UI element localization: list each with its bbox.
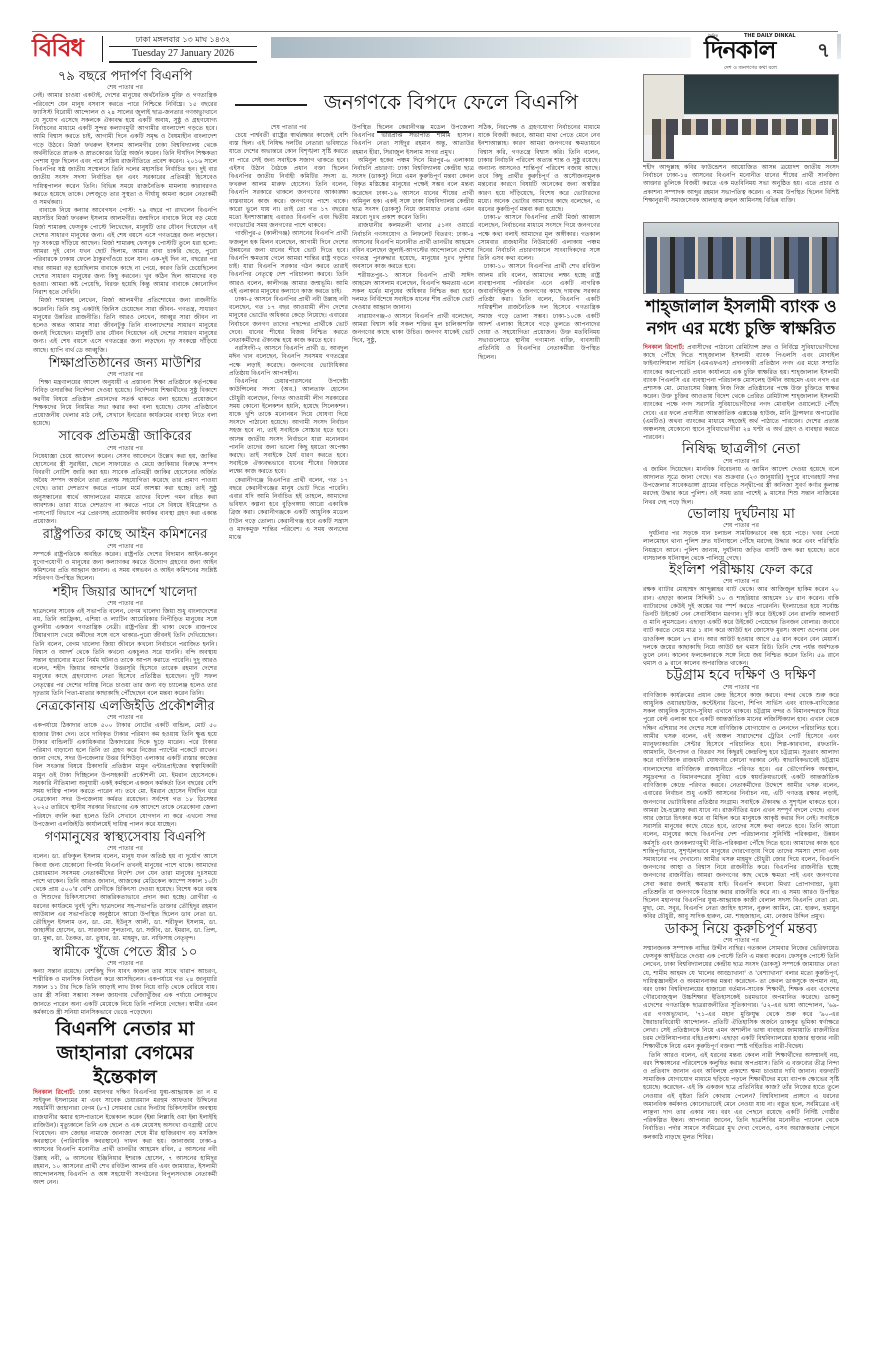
paragraph: শিক্ষা মন্ত্রণালয়ের আদেশ অনুযায়ী এ প্র… <box>33 379 217 428</box>
right-column: দিনকাল রিপোর্ট: প্রবাসীদের পাঠানো রেমিট্… <box>643 344 839 1142</box>
paragraph: নিষেধাজ্ঞা চেয়ে আবেদন করেন। সেসব আবেদনে… <box>33 453 217 527</box>
article-ducsu: ডাকসু নিয়ে কুরুচিপূর্ণ মন্তব্য শেষ পাতা… <box>643 922 839 1142</box>
meeting-photo <box>643 74 839 162</box>
byline: দিনকাল রিপোর্ট: <box>643 344 684 351</box>
photo-caption: শহীদ আব্দুল্লাহ কবির ফাউন্ডেশন আয়োজিত আ… <box>643 164 839 205</box>
paper-name: দিনকাল <box>704 38 775 62</box>
continued-label: শেষ পাতার পর <box>229 124 348 132</box>
article-president-law: রাষ্ট্রপতির কাছে আইন কমিশনের শেষ পাতার প… <box>33 528 217 583</box>
page-number-bar <box>837 34 841 59</box>
headline: শাহ্জালাল ইসলামী ব্যাংক ও নগদ এর মধ্যে চ… <box>643 296 839 340</box>
article-chhatraleague: নিষিদ্ধ ছাত্রলীগ নেতা শেষ পাতার পর এ জাম… <box>643 442 839 506</box>
photo-table <box>684 279 794 294</box>
paragraph: বলেন। ডা. রফিকুল ইসলাম বলেন, মানুষ যখন অ… <box>33 853 217 943</box>
article-mausheer: শিক্ষাপ্রতিষ্ঠানের জন্য মাউশির শেষ পাতার… <box>33 357 217 429</box>
article-netrokona: নেত্রকোনায় এলজিইডি প্রকৌশলীর শেষ পাতার … <box>33 700 217 829</box>
paragraph: রক্ষক ব্যাটার মোহাম্মদ আব্দুল্লাহর ব্যাট… <box>643 586 839 668</box>
paragraph: কন্যা সন্তান রয়েছে। বেশকিছু দিন যাবৎ কা… <box>33 968 217 1017</box>
article-zakir: সাবেক প্রতিমন্ত্রী জাকিরের শেষ পাতার পর … <box>33 430 217 526</box>
headline: গণমানুষের স্বাস্থ্যসেবায় বিএনপি <box>33 831 217 845</box>
paragraph: সম্মানজনক সম্পাদক নাছির উদ্দীন নাছির। গত… <box>643 945 839 1052</box>
headline: স্বামীকে খুঁজে পেতে স্ত্রীর ১০ <box>33 946 217 960</box>
headline: নিষিদ্ধ ছাত্রলীগ নেতা <box>643 442 839 457</box>
paragraph: ঢাকা-৫ আসনে বিএনপির প্রার্থী নবী উল্লাহ … <box>229 296 348 345</box>
continued-label: শেষ পাতার পর <box>643 684 839 692</box>
paragraph: বাবাকে নিয়ে কন্যার আবেগঘন পোস্ট: ৭৯ বছর… <box>33 207 217 297</box>
paragraph: নারায়ণগঞ্জ-৩ আসনে বিএনপি প্রার্থী বলেছে… <box>352 313 474 346</box>
headline: রাষ্ট্রপতির কাছে আইন কমিশনের <box>33 528 217 542</box>
headline: ৭৯ বছরে পদার্পণ বিএনপি <box>33 70 217 84</box>
headline: ইংলিশ পরীক্ষায় ফেল করে <box>643 563 839 578</box>
continued-label: শেষ পাতার পর <box>33 371 217 379</box>
lead-headline: জনগণকে বিপদে ফেলে বিএনপি <box>312 88 590 121</box>
headline: বিএনপি নেতার মা জাহানারা বেগমের ইন্তেকাল <box>33 1017 217 1089</box>
paragraph: নেই। আমার চাওয়া একটাই, দেশের মানুষের অর… <box>33 92 217 207</box>
paragraph: রাজধানীর কলমতলী থানার ৫১নং ওয়ার্ডে নির্… <box>352 222 474 271</box>
paragraph: কেরানীগঞ্জে বিএনপির প্রার্থী বলেন, গত ১৭… <box>229 477 348 543</box>
paragraph: এ জামিন দিয়েছেন। মানবিক বিবেচনায় এ জাম… <box>643 466 839 507</box>
paragraph: তিনি আরও বলেন, এই ধরনের মন্তব্য কেবল নার… <box>643 1052 839 1142</box>
headline: শহীদ জিয়ার আদর্শে খালেদা <box>33 586 217 600</box>
date-bengali: ঢাকা মঙ্গলবার ১৩ মাঘ ১৪৩২ <box>109 35 257 47</box>
paragraph: দিনকাল রিপোর্ট: প্রবাসীদের পাঠানো রেমিট্… <box>643 344 839 442</box>
article-jahanara: বিএনপি নেতার মা জাহানারা বেগমের ইন্তেকাল… <box>33 1017 217 1187</box>
paragraph-text: ঢাকা মহানগর দক্ষিণ বিএনপির যুগ্ম-আহ্বায়… <box>33 1089 217 1186</box>
paragraph: গাজীপুর-৫ (কালীগঞ্জ) আসনের বিএনপি প্রার্… <box>229 230 348 296</box>
paragraph: উপস্থিত ছিলেন কেরানীগঞ্জ মডেল উপজেলা বিএ… <box>352 124 474 157</box>
paragraph: নরসিংদী-২ আসনে বিএনপি প্রার্থী ড. আবদুল … <box>229 345 348 378</box>
paragraph: সঠিক, নিরপেক্ষ ও গ্রহণযোগ্য নির্বাচনের ম… <box>478 124 600 214</box>
paragraph: একপর্যায়ে ঠিকাদার তাকে ৫০০ টাকার নোটের … <box>33 722 217 829</box>
bank-headline: শাহ্জালাল ইসলামী ব্যাংক ও নগদ এর মধ্যে চ… <box>643 296 839 340</box>
article-bhola: ভোলায় দুর্ঘটনায় মা শেষ পাতার পর দুর্ঘট… <box>643 507 839 563</box>
headline: শিক্ষাপ্রতিষ্ঠানের জন্য মাউশির <box>33 357 217 371</box>
article-husband: স্বামীকে খুঁজে পেতে স্ত্রীর ১০ শেষ পাতার… <box>33 946 217 1018</box>
continued-label: শেষ পাতার পর <box>643 458 839 466</box>
article-zia-ideal: শহীদ জিয়ার আদর্শে খালেদা শেষ পাতার পর ছ… <box>33 586 217 699</box>
headline-rule-left <box>235 104 307 106</box>
article-chattogram: চট্টগ্রাম হবে দক্ষিণ ও দক্ষিণ শেষ পাতার … <box>643 668 839 921</box>
issue-date: ঢাকা মঙ্গলবার ১৩ মাঘ ১৪৩২ Tuesday 27 Jan… <box>109 35 257 63</box>
lead-column-3: সঠিক, নিরপেক্ষ ও গ্রহণযোগ্য নির্বাচনের ম… <box>478 124 600 362</box>
headline: চট্টগ্রাম হবে দক্ষিণ ও দক্ষিণ <box>643 668 839 683</box>
headline: সাবেক প্রতিমন্ত্রী জাকিরের <box>33 430 217 444</box>
paragraph: সম্পর্কে রাষ্ট্রপতিকে অবহিত করেন। রাষ্ট্… <box>33 551 217 584</box>
headline: ভোলায় দুর্ঘটনায় মা <box>643 507 839 522</box>
paragraph: মির্জা শামারুহ লেখেন, মির্জা আলমগীর প্রত… <box>33 297 217 354</box>
photo-table <box>674 135 834 162</box>
paragraph: ঢাকা-১০ আসনে বিএনপির প্রার্থী শেখ রবিউল … <box>478 263 600 361</box>
page-number: ৭ <box>817 36 830 69</box>
paragraph: অমিনুল হকের পঞ্চম দিনে মিরপুর-৬ এলাকায় … <box>352 157 474 223</box>
lead-column-1: শেষ পাতার পর চেয়ে পার্শ্ববর্তী রাষ্ট্রে… <box>229 124 348 542</box>
headline: নেত্রকোনায় এলজিইডি প্রকৌশলীর <box>33 700 217 714</box>
continued-label: শেষ পাতার পর <box>33 600 217 608</box>
paragraph-text: প্রবাসীদের পাঠানো রেমিট্যান্স দ্রুত ও নি… <box>643 344 839 441</box>
continued-label: শেষ পাতার পর <box>33 445 217 453</box>
masthead-band <box>271 37 691 58</box>
date-english: Tuesday 27 January 2026 <box>109 47 257 63</box>
paragraph: দিনকাল রিপোর্ট: ঢাকা মহানগর দক্ষিণ বিএনপ… <box>33 1089 217 1187</box>
section-title: বিবিধ <box>32 34 83 62</box>
paragraph: বাণিজ্যিক কার্যক্রমের প্রধান কেন্দ্র হিস… <box>643 692 839 922</box>
byline: দিনকাল রিপোর্ট: <box>33 1089 75 1096</box>
paragraph: ঢাকা-৮ আসনে বিএনপির প্রার্থী মির্জা আব্ব… <box>478 214 600 263</box>
masthead-divider <box>102 36 103 62</box>
continued-label: শেষ পাতার পর <box>33 543 217 551</box>
paper-tagline: দেশ ও জনগণের কথা বলে <box>724 65 777 73</box>
paragraph: বিএনপির চেয়ারপারসনের উপদেষ্টা কাউন্সিলে… <box>229 378 348 476</box>
paragraph: চেয়ে পার্শ্ববর্তী রাষ্ট্রের স্বার্থরক্ষ… <box>229 132 348 230</box>
paragraph: দুর্ঘটনার পর সড়কে যান চলাচল সাময়িকভাবে… <box>643 530 839 563</box>
bank-signing-photo <box>643 222 839 294</box>
masthead: বিবিধ ঢাকা মঙ্গলবার ১৩ মাঘ ১৪৩২ Tuesday … <box>32 31 838 61</box>
continued-label: শেষ পাতার পর <box>643 937 839 945</box>
continued-label: শেষ পাতার পর <box>33 960 217 968</box>
article-health: গণমানুষের স্বাস্থ্যসেবায় বিএনপি শেষ পাত… <box>33 831 217 944</box>
paragraph: ছাত্রদলের সাবেক এই সভাপতি বলেন, বেগম খাল… <box>33 608 217 698</box>
article-bnp79: ৭৯ বছরে পদার্পণ বিএনপি শেষ পাতার পর নেই।… <box>33 70 217 355</box>
article-english-test: ইংলিশ পরীক্ষায় ফেল করে শেষ পাতার পর রক্… <box>643 563 839 668</box>
lead-column-2: উপস্থিত ছিলেন কেরানীগঞ্জ মডেল উপজেলা বিএ… <box>352 124 474 345</box>
headline: ডাকসু নিয়ে কুরুচিপূর্ণ মন্তব্য <box>643 922 839 937</box>
paragraph: শরীয়তপুর-১ আসনে বিএনপি প্রার্থী সাঈদ আহ… <box>352 272 474 313</box>
left-column: ৭৯ বছরে পদার্পণ বিএনপি শেষ পাতার পর নেই।… <box>33 68 217 1188</box>
